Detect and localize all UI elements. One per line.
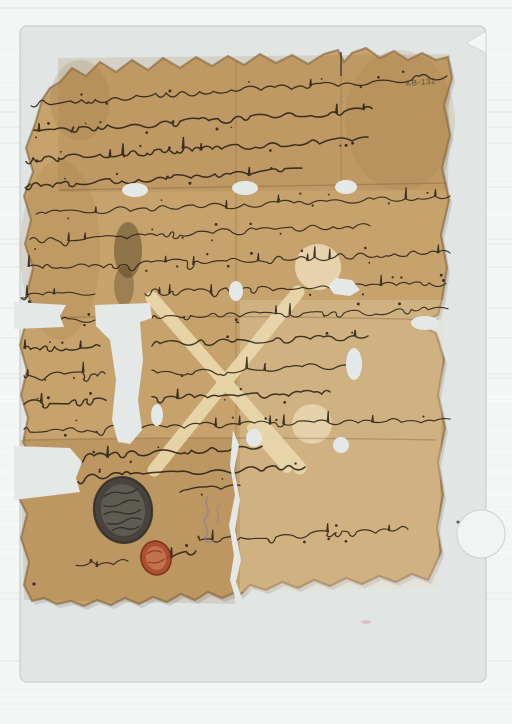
diacritic-dot	[400, 276, 402, 278]
diacritic-dot	[28, 300, 31, 303]
diacritic-dot	[377, 76, 380, 79]
diacritic-dot	[222, 478, 224, 480]
diacritic-dot	[60, 151, 62, 153]
sleeve-punch-hole	[457, 510, 505, 558]
diacritic-dot	[67, 217, 69, 219]
diacritic-dot	[161, 199, 163, 201]
diacritic-dot	[275, 419, 277, 421]
diacritic-dot	[351, 142, 354, 145]
right-edge-notch	[411, 316, 439, 330]
diacritic-dot	[294, 462, 296, 464]
diacritic-dot	[388, 202, 390, 204]
diacritic-dot	[34, 248, 36, 250]
manuscript-scan: KB-132	[0, 0, 512, 724]
diacritic-dot	[303, 541, 306, 544]
diacritic-dot	[47, 396, 50, 399]
diacritic-dot	[312, 204, 314, 206]
fold-tear	[229, 281, 243, 301]
diacritic-dot	[89, 392, 92, 395]
diacritic-dot	[45, 379, 47, 381]
diacritic-dot	[440, 274, 443, 277]
diacritic-dot	[99, 121, 101, 123]
diacritic-dot	[87, 313, 90, 316]
diacritic-dot	[206, 253, 208, 255]
diacritic-dot	[301, 250, 304, 253]
diacritic-dot	[309, 294, 311, 296]
diacritic-dot	[235, 318, 238, 321]
diacritic-dot	[168, 146, 171, 149]
diacritic-dot	[335, 524, 338, 527]
diacritic-dot	[95, 431, 97, 433]
left-edge-tear	[14, 302, 66, 329]
diacritic-dot	[249, 223, 251, 225]
diacritic-dot	[211, 239, 213, 241]
diacritic-dot	[227, 265, 230, 268]
diacritic-dot	[345, 144, 348, 147]
diacritic-dot	[98, 470, 100, 472]
diacritic-dot	[181, 374, 184, 377]
diacritic-dot	[402, 70, 405, 73]
diacritic-dot	[278, 198, 280, 200]
diacritic-dot	[351, 332, 353, 334]
diacritic-dot	[360, 86, 362, 88]
diacritic-dot	[64, 434, 67, 437]
diacritic-dot	[90, 559, 93, 562]
diacritic-dot	[158, 446, 160, 448]
diacritic-dot	[168, 90, 171, 93]
diacritic-dot	[265, 363, 267, 365]
diacritic-dot	[216, 128, 219, 131]
diacritic-dot	[182, 237, 184, 239]
diacritic-dot	[362, 293, 364, 295]
diacritic-dot	[422, 416, 424, 418]
diacritic-dot	[85, 123, 87, 125]
small-hole	[346, 348, 362, 380]
diacritic-dot	[250, 252, 253, 255]
diacritic-dot	[145, 131, 148, 134]
diacritic-dot	[215, 223, 218, 226]
diacritic-dot	[280, 233, 282, 235]
diacritic-dot	[130, 461, 132, 463]
scanned-document-view: KB-132	[0, 0, 512, 724]
diacritic-dot	[176, 265, 178, 267]
diacritic-dot	[442, 279, 445, 282]
diacritic-dot	[392, 276, 394, 278]
diacritic-dot	[185, 544, 188, 547]
diacritic-dot	[368, 262, 370, 264]
diacritic-dot	[139, 145, 141, 147]
diacritic-dot	[224, 399, 226, 401]
diacritic-dot	[345, 540, 348, 543]
diacritic-dot	[37, 398, 39, 400]
diacritic-dot	[426, 192, 428, 194]
diacritic-dot	[299, 192, 301, 194]
diacritic-dot	[339, 145, 341, 147]
diacritic-dot	[357, 303, 360, 306]
diacritic-dot	[80, 93, 82, 95]
diacritic-dot	[327, 538, 330, 541]
diacritic-dot	[105, 102, 108, 105]
diacritic-dot	[64, 178, 66, 180]
manuscript-paper: KB-132	[14, 48, 455, 624]
diacritic-dot	[283, 401, 286, 404]
diacritic-dot	[326, 332, 329, 335]
diacritic-dot	[364, 247, 367, 250]
small-hole	[151, 404, 163, 426]
diacritic-dot	[328, 194, 330, 196]
diacritic-dot	[145, 270, 147, 272]
diacritic-dot	[232, 417, 234, 419]
diacritic-dot	[47, 122, 50, 125]
fold-tear	[122, 183, 148, 197]
diacritic-dot	[270, 167, 272, 169]
diacritic-dot	[35, 136, 37, 138]
diacritic-dot	[248, 81, 250, 83]
diacritic-dot	[226, 335, 229, 338]
diacritic-dot	[230, 126, 232, 128]
diacritic-dot	[75, 420, 77, 422]
fold-tear	[246, 429, 262, 447]
speck-dot	[457, 521, 460, 524]
ink-dot	[32, 582, 35, 585]
diacritic-dot	[92, 451, 95, 454]
diacritic-dot	[269, 149, 272, 152]
diacritic-dot	[264, 417, 267, 420]
diacritic-dot	[201, 494, 203, 496]
fold-tear	[333, 437, 349, 453]
left-edge-tear	[14, 446, 82, 500]
diacritic-dot	[321, 78, 323, 80]
diacritic-dot	[83, 324, 85, 326]
diacritic-dot	[61, 342, 63, 344]
fold-tear	[335, 180, 357, 194]
diacritic-dot	[240, 388, 242, 390]
diacritic-dot	[116, 173, 118, 175]
diacritic-dot	[151, 228, 153, 230]
diacritic-dot	[49, 341, 51, 343]
diacritic-dot	[237, 321, 239, 323]
diacritic-dot	[189, 182, 192, 185]
diacritic-dot	[398, 302, 401, 305]
fold-tear	[232, 181, 258, 195]
diacritic-dot	[99, 469, 101, 471]
diacritic-dot	[73, 377, 75, 379]
